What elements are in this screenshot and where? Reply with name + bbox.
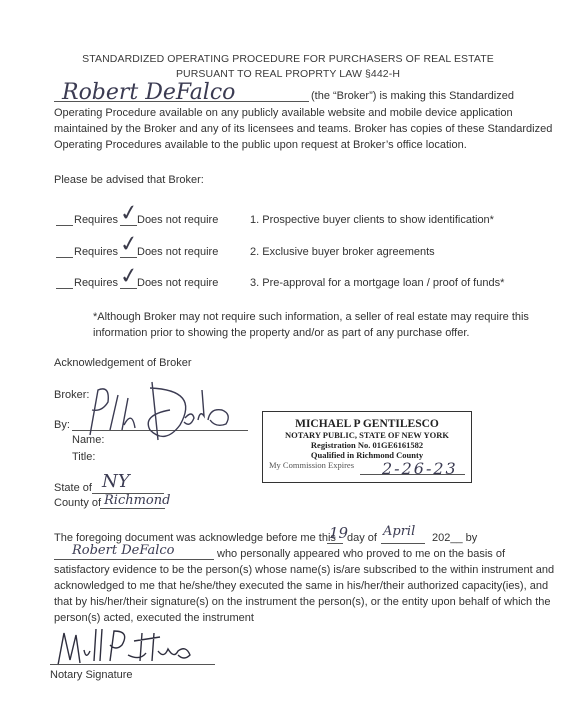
name-label: Name: bbox=[72, 433, 104, 448]
month-line[interactable] bbox=[381, 543, 425, 544]
intro-suffix: (the “Broker”) is making this Standardiz… bbox=[311, 89, 514, 104]
requires-blank[interactable] bbox=[56, 257, 73, 258]
stamp-notary-name: MICHAEL P GENTILESCO bbox=[263, 418, 471, 430]
person-handwritten: Robert DeFalco bbox=[72, 543, 174, 558]
does-not-require-label: Does not require bbox=[137, 245, 218, 260]
broker-name-handwritten: Robert DeFalco bbox=[62, 80, 235, 105]
stamp-notary-title: NOTARY PUBLIC, STATE OF NEW YORK bbox=[263, 430, 471, 440]
notary-text-b: day of bbox=[347, 531, 377, 546]
notary-line: acknowledged to me that he/she/they exec… bbox=[54, 579, 548, 594]
county-line[interactable] bbox=[100, 508, 165, 509]
stamp-registration: Registration No. 01GE6161582 bbox=[263, 440, 471, 450]
notary-text-p2: who personally appeared who proved to me… bbox=[217, 547, 505, 562]
county-value-handwritten: Richmond bbox=[104, 493, 170, 508]
does-not-require-label: Does not require bbox=[137, 276, 218, 291]
does-not-require-label: Does not require bbox=[137, 213, 218, 228]
intro-line: Operating Procedures available to the pu… bbox=[54, 138, 467, 153]
broker-signature bbox=[80, 380, 250, 450]
county-label: County of bbox=[54, 496, 101, 511]
stamp-commission-label: My Commission Expires bbox=[269, 460, 354, 470]
advised-label: Please be advised that Broker: bbox=[54, 173, 204, 188]
requirement-item: 1. Prospective buyer clients to show ide… bbox=[250, 213, 494, 228]
requires-label: Requires bbox=[74, 245, 118, 260]
title-label: Title: bbox=[72, 450, 95, 465]
notary-line: that by his/her/their signature(s) on th… bbox=[54, 595, 551, 610]
notary-signature-line[interactable] bbox=[50, 664, 215, 665]
day-handwritten: 19 bbox=[329, 524, 348, 542]
person-line[interactable] bbox=[54, 559, 214, 560]
commission-date-handwritten: 2-26-23 bbox=[382, 459, 458, 478]
intro-line: maintained by the Broker and any of its … bbox=[54, 122, 552, 137]
requires-blank[interactable] bbox=[56, 225, 73, 226]
requires-label: Requires bbox=[74, 213, 118, 228]
by-label: By: bbox=[54, 418, 70, 433]
ack-heading: Acknowledgement of Broker bbox=[54, 356, 192, 371]
footnote-line: *Although Broker may not require such in… bbox=[93, 310, 529, 325]
notary-signature-label: Notary Signature bbox=[50, 668, 133, 683]
month-handwritten: April bbox=[383, 524, 415, 539]
notary-text-c: 202__ by bbox=[432, 531, 477, 546]
state-label: State of bbox=[54, 481, 92, 496]
requires-label: Requires bbox=[74, 276, 118, 291]
state-value-handwritten: NY bbox=[102, 471, 130, 492]
requirement-item: 3. Pre-approval for a mortgage loan / pr… bbox=[250, 276, 504, 291]
notary-line: satisfactory evidence to be the person(s… bbox=[54, 563, 554, 578]
notary-line: person(s) acted, executed the instrument bbox=[54, 611, 254, 626]
footnote-line: information prior to showing the propert… bbox=[93, 326, 469, 341]
document-title-line1: STANDARDIZED OPERATING PROCEDURE FOR PUR… bbox=[0, 52, 576, 67]
requires-blank[interactable] bbox=[56, 288, 73, 289]
day-line[interactable] bbox=[327, 543, 343, 544]
intro-line: Operating Procedure available on any pub… bbox=[54, 106, 513, 121]
requirement-item: 2. Exclusive buyer broker agreements bbox=[250, 245, 435, 260]
